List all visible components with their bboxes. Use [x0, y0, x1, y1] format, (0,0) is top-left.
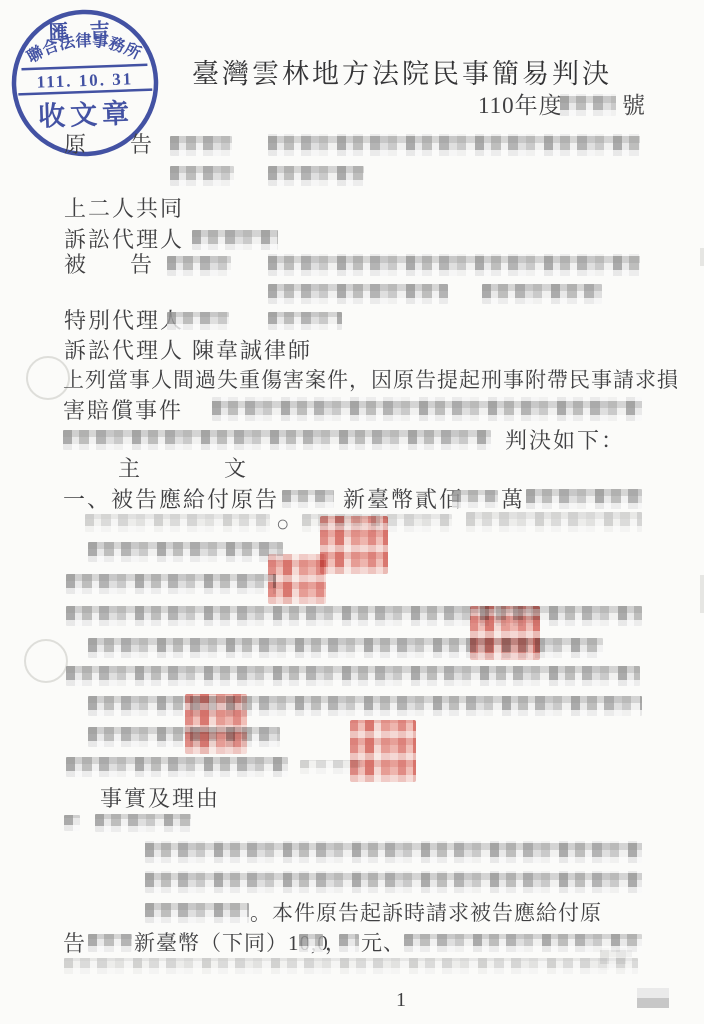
court-title: 臺灣雲林地方法院民事簡易判決	[192, 58, 612, 90]
redacted-main-line10	[66, 757, 288, 777]
item1-line2-visible-char: ○	[276, 511, 291, 537]
redacted-main-line3	[88, 542, 283, 562]
plaintiffs-agent-label: 訴訟代理人	[64, 227, 184, 253]
redacted-facts-para1	[145, 841, 642, 863]
facts-line2-unit: 元、	[361, 931, 405, 956]
edge-scan-mark-1	[700, 248, 704, 266]
redacted-item1-amount2	[526, 489, 642, 509]
red-seal-3	[185, 694, 247, 754]
redacted-defendant-name	[167, 256, 231, 276]
intro-line2-prefix: 害賠償事件	[63, 398, 183, 424]
redacted-defendant-address2	[268, 284, 448, 304]
red-seal-1b	[268, 554, 326, 604]
redacted-item1-line2c	[466, 512, 642, 532]
redacted-special-agent-info	[268, 312, 342, 330]
redacted-facts-para2	[145, 871, 642, 893]
redacted-special-agent-name	[167, 312, 229, 330]
redacted-plaintiffs-agent-name	[192, 230, 278, 250]
facts-visible-sentence: 。本件原告起訴時請求被告應給付原	[250, 901, 602, 926]
punch-hole-bottom	[24, 639, 68, 683]
redacted-case-details1	[212, 397, 642, 421]
verdict-follows: 判決如下：	[505, 428, 625, 454]
svg-text:聯合法律事務所: 聯合法律事務所	[23, 29, 145, 67]
main-text-header: 主文	[118, 456, 248, 482]
special-agent-label: 特別代理人	[64, 308, 184, 334]
red-seal-1a	[320, 516, 388, 574]
redacted-plaintiff-name	[170, 136, 232, 156]
redacted-defendant-address3	[482, 284, 602, 304]
stamp-date: 111. 10. 31	[36, 69, 133, 91]
redacted-case-number	[560, 94, 616, 116]
defendant-agent-label: 訴訟代理人	[64, 338, 184, 364]
redacted-main-line8	[88, 696, 642, 716]
facts-line2-start: 告	[63, 931, 87, 957]
corner-noise	[600, 948, 632, 970]
redacted-item1-line2a	[85, 514, 270, 532]
scanned-judgment-page: 匯 吉 聯合法律事務所 111. 10. 31 收文章 臺灣雲林地方法院民事簡易…	[0, 0, 704, 1024]
joint-note: 上二人共同	[64, 196, 184, 222]
redacted-plaintiff-address	[268, 134, 640, 156]
redacted-item1-name	[282, 490, 334, 508]
redacted-facts-line3	[64, 958, 638, 974]
page-number: 1	[396, 988, 406, 1012]
redacted-main-line9	[88, 727, 280, 747]
redacted-facts-line2-digits2	[339, 934, 359, 952]
case-suffix: 號	[622, 92, 646, 120]
redacted-main-line5	[66, 606, 642, 626]
redacted-item1-amount1	[452, 490, 498, 508]
stamp-firm-full: 聯合法律事務所	[23, 29, 145, 67]
item1-prefix: 一、被告應給付原告	[63, 487, 279, 513]
redacted-facts-line2-digits1	[299, 934, 323, 952]
defendant-agent-name: 陳韋誠律師	[192, 338, 312, 364]
redacted-facts-line2-name	[88, 934, 132, 952]
red-seal-2	[470, 606, 540, 660]
redacted-facts-para3-prefix	[145, 903, 249, 923]
defendant-label: 被告	[64, 252, 154, 278]
redacted-facts-item-marker	[64, 815, 80, 831]
red-seal-4	[350, 720, 416, 782]
corner-scan-mark	[637, 988, 669, 1008]
redacted-plaintiff2-address	[268, 166, 364, 186]
intro-line1: 上列當事人間過失重傷害案件，因原告提起刑事附帶民事請求損	[63, 368, 679, 393]
redacted-main-line4	[66, 574, 276, 594]
redacted-plaintiff2-name	[170, 166, 234, 186]
facts-header: 事實及理由	[100, 786, 220, 812]
item1-currency: 新臺幣貳佰	[343, 487, 463, 513]
redacted-defendant-address1	[268, 254, 640, 276]
plaintiff-label: 原告	[64, 132, 154, 158]
edge-scan-mark-2	[700, 575, 704, 613]
item1-wan: 萬	[501, 487, 525, 513]
redacted-main-line7	[66, 666, 640, 686]
case-year: 110年度	[478, 92, 563, 120]
stamp-received-label: 收文章	[38, 97, 135, 131]
redacted-case-details2	[63, 430, 491, 450]
redacted-facts-item-title	[95, 814, 191, 832]
